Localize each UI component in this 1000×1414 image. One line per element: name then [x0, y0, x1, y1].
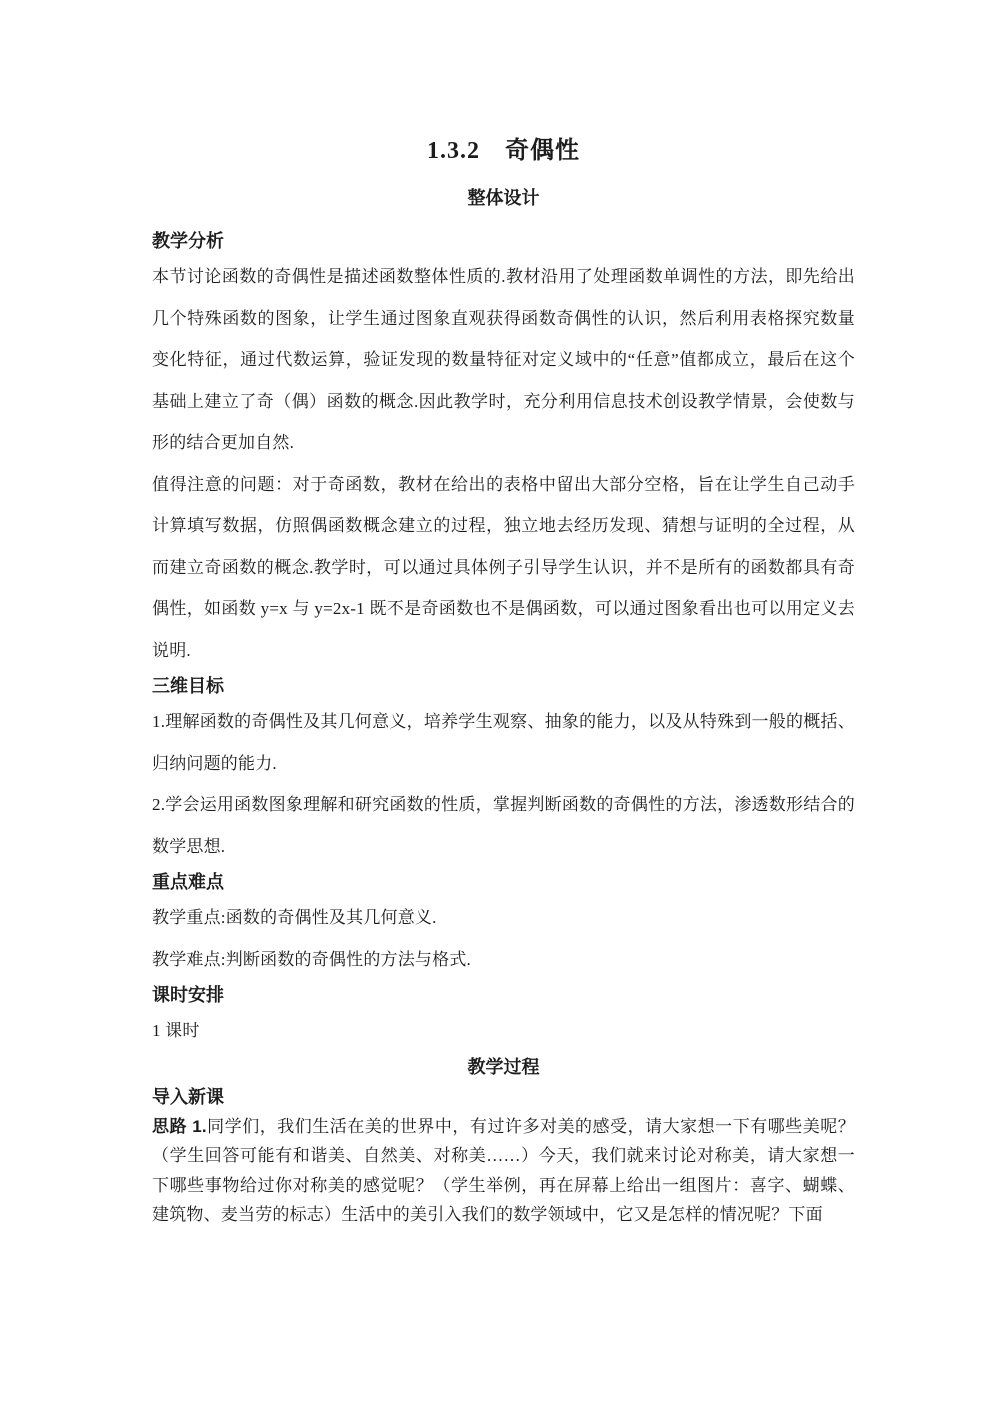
- section-heading-teaching-process: 教学过程: [152, 1052, 855, 1082]
- document-subtitle: 整体设计: [152, 186, 855, 210]
- section-heading-class-schedule: 课时安排: [152, 980, 855, 1010]
- paragraph-goal-1: 1.理解函数的奇偶性及其几何意义，培养学生观察、抽象的能力，以及从特殊到一般的概…: [152, 701, 855, 784]
- paragraph-intro-body: 同学们，我们生活在美的世界中，有过许多对美的感受，请大家想一下有哪些美呢？（学生…: [152, 1117, 855, 1225]
- paragraph-analysis-2: 值得注意的问题：对于奇函数，教材在给出的表格中留出大部分空格，旨在让学生自己动手…: [152, 464, 855, 672]
- paragraph-intro-lead: 思路 1.: [152, 1117, 207, 1136]
- paragraph-teaching-focus: 教学重点:函数的奇偶性及其几何意义.: [152, 897, 855, 939]
- section-heading-three-dimensional-goals: 三维目标: [152, 671, 855, 701]
- section-heading-key-difficult-points: 重点难点: [152, 867, 855, 897]
- section-heading-teaching-analysis: 教学分析: [152, 226, 855, 256]
- paragraph-intro: 思路 1.同学们，我们生活在美的世界中，有过许多对美的感受，请大家想一下有哪些美…: [152, 1112, 855, 1230]
- paragraph-teaching-difficulty: 教学难点:判断函数的奇偶性的方法与格式.: [152, 939, 855, 981]
- paragraph-schedule: 1 课时: [152, 1010, 855, 1052]
- paragraph-analysis-1: 本节讨论函数的奇偶性是描述函数整体性质的.教材沿用了处理函数单调性的方法，即先给…: [152, 256, 855, 464]
- document-page: 1.3.2 奇偶性 整体设计 教学分析 本节讨论函数的奇偶性是描述函数整体性质的…: [0, 0, 1000, 1414]
- paragraph-goal-2: 2.学会运用函数图象理解和研究函数的性质，掌握判断函数的奇偶性的方法，渗透数形结…: [152, 784, 855, 867]
- section-heading-new-lesson-intro: 导入新课: [152, 1082, 855, 1112]
- document-title: 1.3.2 奇偶性: [152, 136, 855, 166]
- document-content: 1.3.2 奇偶性 整体设计 教学分析 本节讨论函数的奇偶性是描述函数整体性质的…: [152, 0, 855, 1230]
